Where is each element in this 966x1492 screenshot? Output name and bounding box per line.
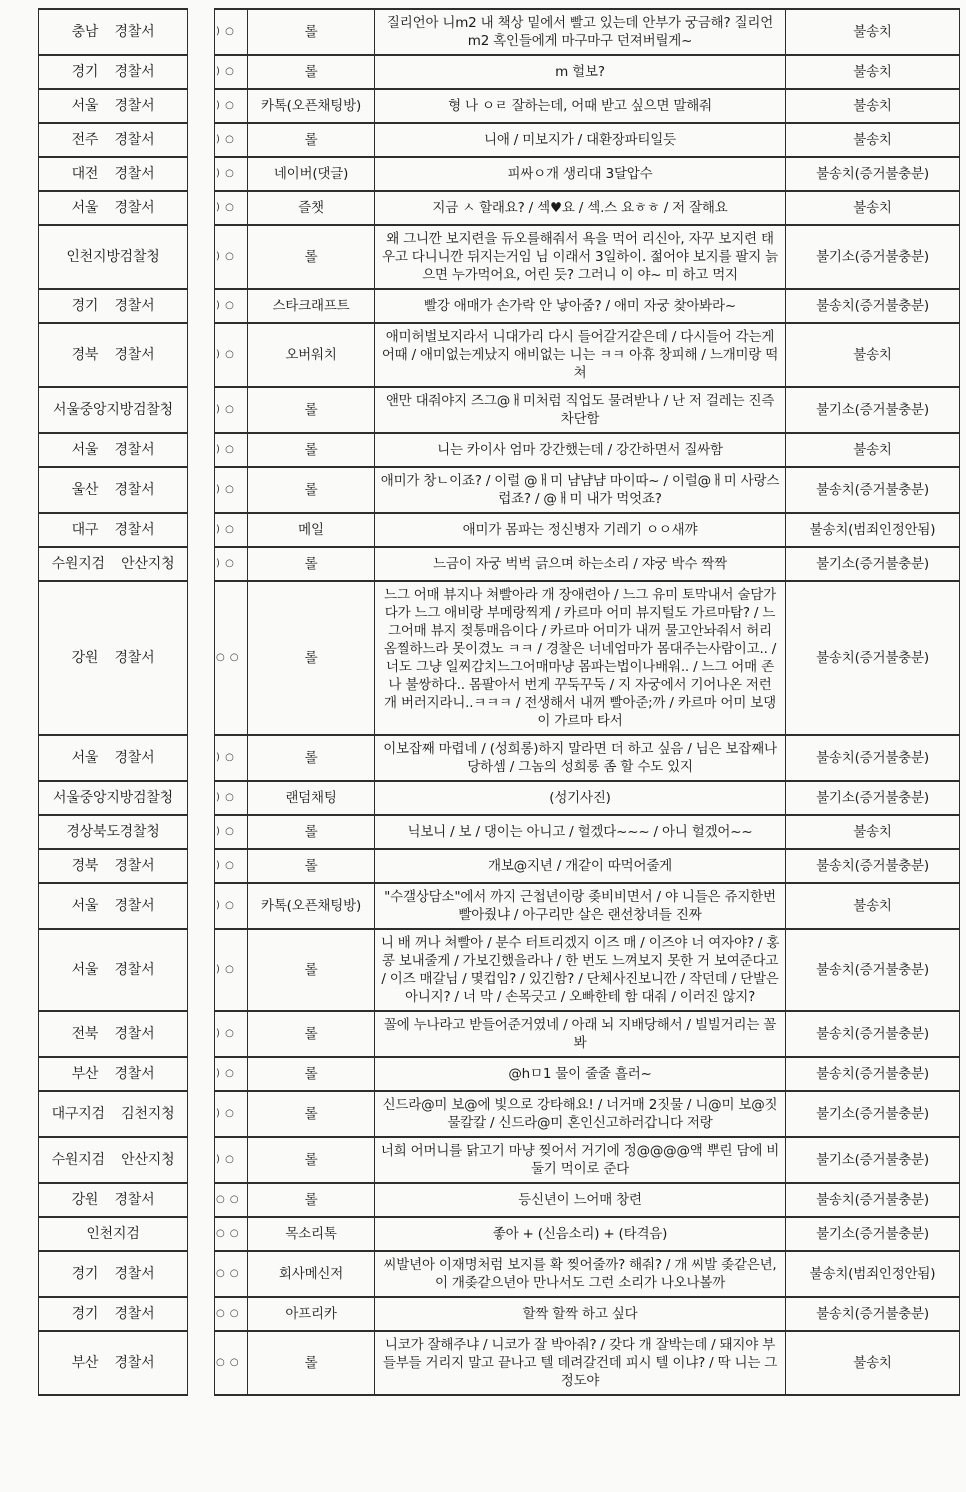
mark-cell: ) ○ — [214, 850, 247, 884]
disposition-cell: 불송치(증거불충분) — [785, 1012, 960, 1058]
mark-cell: ) ○ — [214, 90, 247, 124]
column-gap — [188, 388, 214, 434]
disposition-cell: 불송치(증거불충분) — [785, 1184, 960, 1218]
table-row: 전북 경찰서 ) ○ 롤 꼴에 누나라고 받들어준거였네 / 아래 뇌 지배당해… — [38, 1012, 966, 1058]
column-gap — [188, 90, 214, 124]
case-table-rows: 충남 경찰서 ) ○ 롤 질리언아 니m2 내 책상 밑에서 빨고 있는데 안부… — [38, 8, 966, 1396]
table-row: 대구 경찰서 ) ○ 메일 애미가 몸파는 정신병자 기레기 ㅇㅇ새꺄 불송치(… — [38, 514, 966, 548]
table-row: 대전 경찰서 ) ○ 네이버(댓글) 피싸ㅇ개 생리대 3달압수 불송치(증거불… — [38, 158, 966, 192]
region-cell: 서울 경찰서 — [38, 884, 188, 930]
mark-cell: ) ○ — [214, 290, 247, 324]
disposition-cell: 불기소(증거불충분) — [785, 1092, 960, 1138]
mark-cell: ) ○ — [214, 434, 247, 468]
table-row: 경기 경찰서 ○ ○ 아프리카 할짝 할짝 하고 싶다 불송치(증거불충분) — [38, 1298, 966, 1332]
disposition-cell: 불송치(증거불충분) — [785, 736, 960, 782]
disposition-cell: 불송치(증거불충분) — [785, 582, 960, 736]
region-cell: 수원지검 안산지청 — [38, 548, 188, 582]
platform-cell: 롤 — [247, 736, 374, 782]
disposition-cell: 불송치(증거불충분) — [785, 158, 960, 192]
message-cell: 니 배 꺼나 쳐빨아 / 분수 터트리겠지 이즈 매 / 이즈야 너 여자야? … — [374, 930, 785, 1012]
disposition-cell: 불송치 — [785, 90, 960, 124]
table-row: 서울중앙지방검찰청 ) ○ 랜덤채팅 (성기사진) 불기소(증거불충분) — [38, 782, 966, 816]
message-cell: 좋아 + (신음소리) + (타격음) — [374, 1218, 785, 1252]
message-cell: 니애 / 미보지가 / 대환장파티일듯 — [374, 124, 785, 158]
region-cell: 경기 경찰서 — [38, 56, 188, 90]
message-cell: 지금 ㅅ 할래요? / 섹♥요 / 섹.스 요ㅎㅎ / 저 잘해요 — [374, 192, 785, 226]
region-cell: 경기 경찰서 — [38, 1298, 188, 1332]
region-cell: 경북 경찰서 — [38, 850, 188, 884]
mark-cell: ) ○ — [214, 124, 247, 158]
mark-cell: ) ○ — [214, 56, 247, 90]
mark-cell: ) ○ — [214, 548, 247, 582]
platform-cell: 롤 — [247, 388, 374, 434]
disposition-cell: 불송치 — [785, 884, 960, 930]
column-gap — [188, 548, 214, 582]
column-gap — [188, 1298, 214, 1332]
platform-cell: 롤 — [247, 850, 374, 884]
disposition-cell: 불송치(증거불충분) — [785, 1058, 960, 1092]
disposition-cell: 불송치(증거불충분) — [785, 468, 960, 514]
column-gap — [188, 930, 214, 1012]
table-row: 인천지검 ○ ○ 목소리톡 좋아 + (신음소리) + (타격음) 불기소(증거… — [38, 1218, 966, 1252]
column-gap — [188, 434, 214, 468]
region-cell: 경기 경찰서 — [38, 1252, 188, 1298]
region-cell: 인천지방검찰청 — [38, 226, 188, 290]
table-row: 경기 경찰서 ) ○ 롤 m 헐보? 불송치 — [38, 56, 966, 90]
region-cell: 경상북도경찰청 — [38, 816, 188, 850]
mark-cell: ) ○ — [214, 884, 247, 930]
column-gap — [188, 582, 214, 736]
disposition-cell: 불송치 — [785, 324, 960, 388]
region-cell: 대구지검 김천지청 — [38, 1092, 188, 1138]
mark-cell: ) ○ — [214, 468, 247, 514]
mark-cell: ) ○ — [214, 1138, 247, 1184]
platform-cell: 롤 — [247, 434, 374, 468]
platform-cell: 롤 — [247, 1012, 374, 1058]
mark-cell: ) ○ — [214, 736, 247, 782]
column-gap — [188, 850, 214, 884]
platform-cell: 롤 — [247, 816, 374, 850]
table-row: 경상북도경찰청 ) ○ 롤 닉보니 / 보 / 댕이는 아니고 / 헐겠다~~~… — [38, 816, 966, 850]
region-cell: 경북 경찰서 — [38, 324, 188, 388]
disposition-cell: 불송치 — [785, 56, 960, 90]
disposition-cell: 불송치 — [785, 1332, 960, 1396]
message-cell: 너희 어머니를 닭고기 마냥 찢어서 거기에 정@@@@액 뿌린 담에 비둘기 … — [374, 1138, 785, 1184]
mark-cell: ) ○ — [214, 782, 247, 816]
mark-cell: ○ ○ — [214, 1332, 247, 1396]
platform-cell: 롤 — [247, 1092, 374, 1138]
column-gap — [188, 736, 214, 782]
disposition-cell: 불기소(증거불충분) — [785, 1218, 960, 1252]
column-gap — [188, 1012, 214, 1058]
region-cell: 강원 경찰서 — [38, 582, 188, 736]
message-cell: 애미가 몸파는 정신병자 기레기 ㅇㅇ새꺄 — [374, 514, 785, 548]
platform-cell: 회사메신저 — [247, 1252, 374, 1298]
mark-cell: ) ○ — [214, 1058, 247, 1092]
message-cell: 개보@지년 / 개같이 따먹어줄게 — [374, 850, 785, 884]
mark-cell: ) ○ — [214, 1092, 247, 1138]
table-row: 서울 경찰서 ) ○ 롤 이보잡째 마렵네 / (성희롱)하지 말라면 더 하고… — [38, 736, 966, 782]
message-cell: 느그 어매 뷰지나 쳐빨아라 개 장애련아 / 느그 유미 토막내서 술담가다가… — [374, 582, 785, 736]
platform-cell: 즐챗 — [247, 192, 374, 226]
disposition-cell: 불송치(범죄인정안됨) — [785, 514, 960, 548]
table-row: 서울 경찰서 ) ○ 카톡(오픈채팅방) "수갤상담소"에서 까지 근첩년이랑 … — [38, 884, 966, 930]
disposition-cell: 불송치 — [785, 434, 960, 468]
mark-cell: ) ○ — [214, 324, 247, 388]
message-cell: @hㅁ1 물이 줄줄 흘러~ — [374, 1058, 785, 1092]
mark-cell: ) ○ — [214, 388, 247, 434]
region-cell: 전북 경찰서 — [38, 1012, 188, 1058]
table-row: 수원지검 안산지청 ) ○ 롤 느금이 자궁 벅벅 긁으며 하는소리 / 쟈궁 … — [38, 548, 966, 582]
platform-cell: 카톡(오픈채팅방) — [247, 90, 374, 124]
case-table: 충남 경찰서 ) ○ 롤 질리언아 니m2 내 책상 밑에서 빨고 있는데 안부… — [0, 0, 966, 1396]
platform-cell: 롤 — [247, 8, 374, 56]
table-row: 강원 경찰서 ○ ○ 롤 등신년이 느어매 창련 불송치(증거불충분) — [38, 1184, 966, 1218]
column-gap — [188, 1184, 214, 1218]
message-cell: 이보잡째 마렵네 / (성희롱)하지 말라면 더 하고 싶음 / 님은 보잡째나… — [374, 736, 785, 782]
column-gap — [188, 324, 214, 388]
platform-cell: 롤 — [247, 548, 374, 582]
column-gap — [188, 226, 214, 290]
table-row: 울산 경찰서 ) ○ 롤 애미가 창ㄴ이죠? / 이럴 @ㅐ미 냠냠냠 마이따~… — [38, 468, 966, 514]
table-row: 경기 경찰서 ○ ○ 회사메신저 씨발년아 이재명처럼 보지를 확 찢어줄까? … — [38, 1252, 966, 1298]
disposition-cell: 불기소(증거불충분) — [785, 1138, 960, 1184]
platform-cell: 롤 — [247, 1138, 374, 1184]
platform-cell: 메일 — [247, 514, 374, 548]
message-cell: 등신년이 느어매 창련 — [374, 1184, 785, 1218]
platform-cell: 롤 — [247, 930, 374, 1012]
message-cell: 형 나 ㅇㄹ 잘하는데, 어때 받고 싶으면 말해줘 — [374, 90, 785, 124]
column-gap — [188, 514, 214, 548]
platform-cell: 스타크래프트 — [247, 290, 374, 324]
table-row: 경북 경찰서 ) ○ 롤 개보@지년 / 개같이 따먹어줄게 불송치(증거불충분… — [38, 850, 966, 884]
disposition-cell: 불기소(증거불충분) — [785, 226, 960, 290]
disposition-cell: 불송치(증거불충분) — [785, 930, 960, 1012]
column-gap — [188, 816, 214, 850]
disposition-cell: 불송치 — [785, 8, 960, 56]
message-cell: 니코가 잘해주냐 / 니코가 잘 박아줘? / 갖다 개 잘박는데 / 돼지야 … — [374, 1332, 785, 1396]
region-cell: 서울 경찰서 — [38, 434, 188, 468]
mark-cell: ) ○ — [214, 158, 247, 192]
column-gap — [188, 290, 214, 324]
column-gap — [188, 8, 214, 56]
table-row: 충남 경찰서 ) ○ 롤 질리언아 니m2 내 책상 밑에서 빨고 있는데 안부… — [38, 8, 966, 56]
table-row: 인천지방검찰청 ) ○ 롤 왜 그니깐 보지련을 듀오를해줘서 욕을 먹어 리신… — [38, 226, 966, 290]
region-cell: 서울중앙지방검찰청 — [38, 388, 188, 434]
mark-cell: ○ ○ — [214, 1218, 247, 1252]
table-row: 서울 경찰서 ) ○ 즐챗 지금 ㅅ 할래요? / 섹♥요 / 섹.스 요ㅎㅎ … — [38, 192, 966, 226]
column-gap — [188, 1058, 214, 1092]
region-cell: 울산 경찰서 — [38, 468, 188, 514]
column-gap — [188, 1092, 214, 1138]
disposition-cell: 불송치 — [785, 192, 960, 226]
region-cell: 경기 경찰서 — [38, 290, 188, 324]
platform-cell: 롤 — [247, 582, 374, 736]
message-cell: "수갤상담소"에서 까지 근첩년이랑 좆비비면서 / 야 니들은 쥬지한번 빨아… — [374, 884, 785, 930]
column-gap — [188, 884, 214, 930]
column-gap — [188, 124, 214, 158]
disposition-cell: 불기소(증거불충분) — [785, 782, 960, 816]
region-cell: 서울 경찰서 — [38, 192, 188, 226]
column-gap — [188, 1218, 214, 1252]
mark-cell: ○ ○ — [214, 1252, 247, 1298]
platform-cell: 네이버(댓글) — [247, 158, 374, 192]
table-row: 경기 경찰서 ) ○ 스타크래프트 빨강 애매가 손가락 안 낳아줌? / 애미… — [38, 290, 966, 324]
message-cell: 닉보니 / 보 / 댕이는 아니고 / 헐겠다~~~ / 아니 헐겠어~~ — [374, 816, 785, 850]
message-cell: 앤만 대줘야지 즈그@ㅐ미처럼 직업도 물려받나 / 난 저 걸레는 진즉 차단… — [374, 388, 785, 434]
platform-cell: 롤 — [247, 56, 374, 90]
disposition-cell: 불기소(증거불충분) — [785, 388, 960, 434]
platform-cell: 오버워치 — [247, 324, 374, 388]
message-cell: 느금이 자궁 벅벅 긁으며 하는소리 / 쟈궁 박수 짝짝 — [374, 548, 785, 582]
platform-cell: 아프리카 — [247, 1298, 374, 1332]
column-gap — [188, 468, 214, 514]
platform-cell: 목소리톡 — [247, 1218, 374, 1252]
region-cell: 서울 경찰서 — [38, 930, 188, 1012]
table-row: 대구지검 김천지청 ) ○ 롤 신드라@미 보@에 빛으로 강타해요! / 너거… — [38, 1092, 966, 1138]
region-cell: 수원지검 안산지청 — [38, 1138, 188, 1184]
column-gap — [188, 192, 214, 226]
disposition-cell: 불송치 — [785, 816, 960, 850]
region-cell: 충남 경찰서 — [38, 8, 188, 56]
mark-cell: ○ ○ — [214, 1298, 247, 1332]
mark-cell: ○ ○ — [214, 582, 247, 736]
disposition-cell: 불송치(증거불충분) — [785, 290, 960, 324]
table-row: 서울 경찰서 ) ○ 카톡(오픈채팅방) 형 나 ㅇㄹ 잘하는데, 어때 받고 … — [38, 90, 966, 124]
platform-cell: 카톡(오픈채팅방) — [247, 884, 374, 930]
region-cell: 대구 경찰서 — [38, 514, 188, 548]
message-cell: 신드라@미 보@에 빛으로 강타해요! / 너거매 2짓물 / 니@미 보@짓물… — [374, 1092, 785, 1138]
mark-cell: ) ○ — [214, 192, 247, 226]
platform-cell: 롤 — [247, 1184, 374, 1218]
message-cell: m 헐보? — [374, 56, 785, 90]
column-gap — [188, 1332, 214, 1396]
region-cell: 인천지검 — [38, 1218, 188, 1252]
mark-cell: ○ ○ — [214, 1184, 247, 1218]
region-cell: 서울 경찰서 — [38, 90, 188, 124]
disposition-cell: 불송치(증거불충분) — [785, 1298, 960, 1332]
column-gap — [188, 158, 214, 192]
region-cell: 서울중앙지방검찰청 — [38, 782, 188, 816]
table-row: 전주 경찰서 ) ○ 롤 니애 / 미보지가 / 대환장파티일듯 불송치 — [38, 124, 966, 158]
platform-cell: 롤 — [247, 468, 374, 514]
mark-cell: ) ○ — [214, 930, 247, 1012]
table-row: 수원지검 안산지청 ) ○ 롤 너희 어머니를 닭고기 마냥 찢어서 거기에 정… — [38, 1138, 966, 1184]
message-cell: 애미허벌보지라서 니대가리 다시 들어갈거같은데 / 다시들어 각는게어때 / … — [374, 324, 785, 388]
message-cell: 왜 그니깐 보지련을 듀오를해줘서 욕을 먹어 리신아, 자꾸 보지련 태우고 … — [374, 226, 785, 290]
column-gap — [188, 1138, 214, 1184]
column-gap — [188, 782, 214, 816]
column-gap — [188, 56, 214, 90]
table-row: 경북 경찰서 ) ○ 오버워치 애미허벌보지라서 니대가리 다시 들어갈거같은데… — [38, 324, 966, 388]
region-cell: 전주 경찰서 — [38, 124, 188, 158]
region-cell: 대전 경찰서 — [38, 158, 188, 192]
table-row: 부산 경찰서 ) ○ 롤 @hㅁ1 물이 줄줄 흘러~ 불송치(증거불충분) — [38, 1058, 966, 1092]
message-cell: 니는 카이사 엄마 강간했는데 / 강간하면서 질싸함 — [374, 434, 785, 468]
table-row: 강원 경찰서 ○ ○ 롤 느그 어매 뷰지나 쳐빨아라 개 장애련아 / 느그 … — [38, 582, 966, 736]
platform-cell: 롤 — [247, 1058, 374, 1092]
region-cell: 부산 경찰서 — [38, 1058, 188, 1092]
platform-cell: 롤 — [247, 124, 374, 158]
region-cell: 부산 경찰서 — [38, 1332, 188, 1396]
table-row: 부산 경찰서 ○ ○ 롤 니코가 잘해주냐 / 니코가 잘 박아줘? / 갖다 … — [38, 1332, 966, 1396]
mark-cell: ) ○ — [214, 226, 247, 290]
disposition-cell: 불기소(증거불충분) — [785, 548, 960, 582]
mark-cell: ) ○ — [214, 514, 247, 548]
message-cell: (성기사진) — [374, 782, 785, 816]
disposition-cell: 불송치(증거불충분) — [785, 850, 960, 884]
message-cell: 피싸ㅇ개 생리대 3달압수 — [374, 158, 785, 192]
table-row: 서울중앙지방검찰청 ) ○ 롤 앤만 대줘야지 즈그@ㅐ미처럼 직업도 물려받나… — [38, 388, 966, 434]
region-cell: 서울 경찰서 — [38, 736, 188, 782]
message-cell: 꼴에 누나라고 받들어준거였네 / 아래 뇌 지배당해서 / 빌빌거리는 꼴봐 — [374, 1012, 785, 1058]
message-cell: 씨발년아 이재명처럼 보지를 확 찢어줄까? 해줘? / 개 씨발 좆같은년, … — [374, 1252, 785, 1298]
message-cell: 빨강 애매가 손가락 안 낳아줌? / 애미 자궁 찾아봐라~ — [374, 290, 785, 324]
disposition-cell: 불송치(범죄인정안됨) — [785, 1252, 960, 1298]
platform-cell: 롤 — [247, 1332, 374, 1396]
mark-cell: ) ○ — [214, 1012, 247, 1058]
disposition-cell: 불송치 — [785, 124, 960, 158]
region-cell: 강원 경찰서 — [38, 1184, 188, 1218]
mark-cell: ) ○ — [214, 8, 247, 56]
column-gap — [188, 1252, 214, 1298]
table-row: 서울 경찰서 ) ○ 롤 니 배 꺼나 쳐빨아 / 분수 터트리겠지 이즈 매 … — [38, 930, 966, 1012]
message-cell: 애미가 창ㄴ이죠? / 이럴 @ㅐ미 냠냠냠 마이따~ / 이럴@ㅐ미 사랑스럽… — [374, 468, 785, 514]
platform-cell: 롤 — [247, 226, 374, 290]
platform-cell: 랜덤채팅 — [247, 782, 374, 816]
mark-cell: ) ○ — [214, 816, 247, 850]
message-cell: 할짝 할짝 하고 싶다 — [374, 1298, 785, 1332]
message-cell: 질리언아 니m2 내 책상 밑에서 빨고 있는데 안부가 궁금해? 질리언 m2… — [374, 8, 785, 56]
table-row: 서울 경찰서 ) ○ 롤 니는 카이사 엄마 강간했는데 / 강간하면서 질싸함… — [38, 434, 966, 468]
